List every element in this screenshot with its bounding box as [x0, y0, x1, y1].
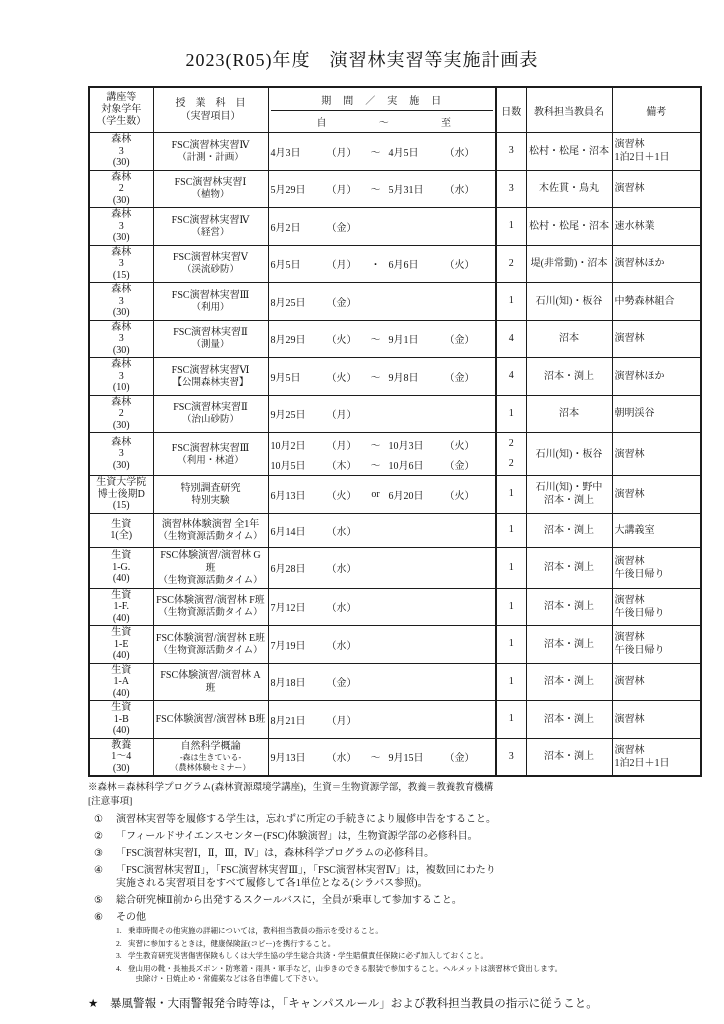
- cell-target-grade: 森林 2 (30): [89, 170, 153, 208]
- date-from: 6月28日: [271, 560, 327, 575]
- date-to-day: （金）: [445, 331, 481, 346]
- course-name: 自然科学概論: [156, 740, 266, 753]
- date-from: 10月2日: [271, 437, 327, 452]
- table-body: 森林 3 (30) FSC演習林実習Ⅳ （計測・計画） 4月3日 （月） ～ 4…: [89, 133, 701, 777]
- date-from: 10月5日: [271, 457, 327, 472]
- table-row: 生資 1-E (40) FSC体験演習/演習林 E班 （生物資源活動タイム） 7…: [89, 626, 701, 664]
- date-from-day: （月）: [327, 181, 363, 196]
- date-separator: ～: [363, 331, 389, 346]
- cell-target-grade: 生資 1(全): [89, 513, 153, 547]
- sub-note-marker: 1.: [116, 926, 128, 937]
- course-name: FSC体験演習/演習林 B班: [156, 713, 266, 726]
- cell-days: 1: [496, 476, 526, 514]
- date-line-1: 7月12日 （水）: [271, 597, 494, 617]
- cell-teachers: 沼本・渕上: [526, 588, 612, 626]
- date-to: 9月1日: [389, 331, 445, 346]
- table-row: 生資 1-G. (40) FSC体験演習/演習林 G班 （生物資源活動タイム） …: [89, 547, 701, 588]
- cell-period: 6月13日 （火） or 6月20日 （火）: [268, 476, 496, 514]
- cell-course: 特別調査研究 特別実験: [153, 476, 268, 514]
- cell-period: 8月21日 （月）: [268, 701, 496, 739]
- cell-teachers: 沼本・渕上: [526, 738, 612, 776]
- date-from-day: （水）: [327, 637, 363, 652]
- date-from: 7月19日: [271, 637, 327, 652]
- date-to: 6月20日: [389, 487, 445, 502]
- note-text: 「FSC演習林実習Ⅱ」，「FSC演習林実習Ⅲ」，「FSC演習林実習Ⅳ」は，複数回…: [116, 864, 496, 890]
- cell-period: 8月25日 （金）: [268, 283, 496, 321]
- header-remark: 備考: [612, 87, 701, 133]
- cell-target-grade: 教養 1～4 (30): [89, 738, 153, 776]
- note-text: 演習林実習等を履修する学生は，忘れずに所定の手続きにより履修申告をすること。: [116, 813, 496, 826]
- date-separator: ～: [363, 749, 389, 764]
- date-to: 5月31日: [389, 181, 445, 196]
- course-name: FSC演習林実習Ⅳ: [156, 214, 266, 227]
- date-from-day: （月）: [327, 712, 363, 727]
- cell-course: FSC演習林実習Ⅵ 【公開森林実習】: [153, 358, 268, 396]
- cell-teachers: 堤(非常勤)・沼本: [526, 245, 612, 283]
- cell-teachers: 沼本・渕上: [526, 626, 612, 664]
- caution-heading: [注意事項]: [88, 795, 648, 809]
- cell-days: 4: [496, 320, 526, 358]
- date-separator: ・: [363, 256, 389, 271]
- course-subtitle: （生物資源活動タイム）: [156, 575, 266, 587]
- date-separator: ～: [363, 457, 389, 472]
- date-from: 6月5日: [271, 256, 327, 271]
- header-period-range: 自 ～ 至: [271, 111, 494, 131]
- sub-note-item: 2. 実習に参加するときは，健康保険証(コピー)を携行すること。: [116, 939, 648, 950]
- note-marker: ①: [94, 813, 116, 826]
- cell-remark: 演習林: [612, 433, 701, 476]
- date-separator: ～: [363, 144, 389, 159]
- cell-teachers: 石川(知)・板谷: [526, 283, 612, 321]
- document-page: 2023(R05)年度 演習林実習等実施計画表 講座等 対象学年 （学生数） 授…: [0, 0, 724, 1024]
- course-subtitle: （利用）: [156, 302, 266, 314]
- sub-note-text: 実習に参加するときは，健康保険証(コピー)を携行すること。: [128, 939, 335, 950]
- date-line-1: 6月28日 （水）: [271, 558, 494, 578]
- table-row: 森林 3 (30) FSC演習林実習Ⅲ （利用） 8月25日 （金）: [89, 283, 701, 321]
- date-from: 7月12日: [271, 599, 327, 614]
- date-from-day: （月）: [327, 437, 363, 452]
- cell-target-grade: 森林 3 (30): [89, 320, 153, 358]
- cell-teachers: 沼本: [526, 395, 612, 433]
- date-to: 9月15日: [389, 749, 445, 764]
- date-from-day: （木）: [327, 457, 363, 472]
- sub-note-text: 乗車時間その他実施の詳細については，教科担当教員の指示を受けること。: [128, 926, 383, 937]
- cell-remark: 演習林 1泊2日＋1日: [612, 738, 701, 776]
- cell-remark: 演習林 午後日帰り: [612, 547, 701, 588]
- cell-days: 1: [496, 513, 526, 547]
- date-from-day: （水）: [327, 749, 363, 764]
- header-period-to: 至: [441, 114, 451, 129]
- sub-note-marker: 2.: [116, 939, 128, 950]
- cell-course: 演習林体験演習 全1年 （生物資源活動タイム）: [153, 513, 268, 547]
- date-to: 10月6日: [389, 457, 445, 472]
- cell-teachers: 沼本・渕上: [526, 358, 612, 396]
- cell-remark: 演習林 午後日帰り: [612, 588, 701, 626]
- cell-target-grade: 森林 2 (30): [89, 395, 153, 433]
- date-from-day: （火）: [327, 487, 363, 502]
- cell-remark: 演習林ほか: [612, 245, 701, 283]
- cell-remark: 演習林: [612, 320, 701, 358]
- date-to-day: （金）: [445, 457, 481, 472]
- course-subtitle: （測量）: [156, 339, 266, 351]
- course-name: FSC演習林実習Ⅵ: [156, 364, 266, 377]
- table-row: 生資 1-F. (40) FSC体験演習/演習林 F班 （生物資源活動タイム） …: [89, 588, 701, 626]
- star-icon: ★: [88, 997, 110, 1012]
- table-row: 生資 1-A (40) FSC体験演習/演習林 A班 8月18日 （金）: [89, 663, 701, 701]
- cell-teachers: 沼本・渕上: [526, 547, 612, 588]
- sub-note-text: 学生教育研究災害傷害保険もしくは大学生協の学生総合共済・学生賠償責任保険に必ず加…: [128, 951, 488, 962]
- header-period: 期 間 ／ 実 施 日 自 ～ 至: [268, 87, 496, 133]
- sub-note-item: 1. 乗車時間その他実施の詳細については，教科担当教員の指示を受けること。: [116, 926, 648, 937]
- note-marker: ⑥: [94, 911, 116, 924]
- cell-remark: 演習林 午後日帰り: [612, 626, 701, 664]
- cell-course: FSC演習林実習Ⅳ （計測・計画）: [153, 133, 268, 171]
- cell-teachers: 松村・松尾・沼本: [526, 208, 612, 246]
- note-item: ① 演習林実習等を履修する学生は，忘れずに所定の手続きにより履修申告をすること。: [94, 813, 648, 826]
- cell-days: 1: [496, 395, 526, 433]
- cell-days: 1: [496, 663, 526, 701]
- date-from-day: （月）: [327, 144, 363, 159]
- cell-course: FSC演習林実習Ⅰ （植物）: [153, 170, 268, 208]
- course-subtitle: （計測・計画）: [156, 152, 266, 164]
- date-from: 9月13日: [271, 749, 327, 764]
- date-from: 5月29日: [271, 181, 327, 196]
- cell-teachers: 沼本: [526, 320, 612, 358]
- cell-remark: 演習林ほか: [612, 358, 701, 396]
- date-line-1: 8月21日 （月）: [271, 709, 494, 729]
- date-from-day: （水）: [327, 560, 363, 575]
- cell-teachers: 沼本・渕上: [526, 513, 612, 547]
- header-course: 授 業 科 目 （実習項目）: [153, 87, 268, 133]
- date-line-1: 9月13日 （水） ～ 9月15日 （金）: [271, 747, 494, 767]
- cell-remark: 中勢森林組合: [612, 283, 701, 321]
- course-subtitle: 特別実験: [156, 495, 266, 507]
- note-item: ⑤ 総合研究棟Ⅱ前から出発するスクールバスに，全員が乗車して参加すること。: [94, 894, 648, 907]
- date-line-1: 6月14日 （水）: [271, 520, 494, 540]
- cell-target-grade: 森林 3 (30): [89, 283, 153, 321]
- header-period-tilde: ～: [379, 114, 389, 129]
- course-name: FSC演習林実習Ⅴ: [156, 251, 266, 264]
- course-subtitle: （利用・林道）: [156, 455, 266, 467]
- page-title: 2023(R05)年度 演習林実習等実施計画表: [0, 46, 724, 72]
- date-line-1: 9月25日 （月）: [271, 404, 494, 424]
- cell-remark: 演習林 1泊2日＋1日: [612, 133, 701, 171]
- course-subtitle: （生物資源活動タイム）: [156, 531, 266, 543]
- course-name: 演習林体験演習 全1年: [156, 518, 266, 531]
- cell-teachers: 木佐貫・鳥丸: [526, 170, 612, 208]
- date-to: 6月6日: [389, 256, 445, 271]
- date-from: 6月13日: [271, 487, 327, 502]
- date-from: 6月2日: [271, 219, 327, 234]
- date-from: 9月5日: [271, 369, 327, 384]
- course-subtitle: （生物資源活動タイム）: [156, 607, 266, 619]
- date-separator: ～: [363, 369, 389, 384]
- date-line-2: 10月5日 （木） ～ 10月6日 （金）: [271, 454, 494, 474]
- date-from: 8月29日: [271, 331, 327, 346]
- cell-teachers: 石川(知)・野中 沼本・渕上: [526, 476, 612, 514]
- sub-note-item: 3. 学生教育研究災害傷害保険もしくは大学生協の学生総合共済・学生賠償責任保険に…: [116, 951, 648, 962]
- note-text: 「FSC演習林実習Ⅰ，Ⅱ，Ⅲ，Ⅳ」は，森林科学プログラムの必修科目。: [116, 847, 434, 860]
- date-from-day: （月）: [327, 256, 363, 271]
- cell-remark: 演習林: [612, 663, 701, 701]
- table-row: 生資大学院 博士後期D (15) 特別調査研究 特別実験 6月13日 （火） o…: [89, 476, 701, 514]
- sub-note-text: 登山用の靴・長袖長ズボン・防寒着・雨具・軍手など，山歩きのできる服装で参加するこ…: [128, 964, 562, 985]
- course-subtitle: （経営）: [156, 227, 266, 239]
- date-from: 4月3日: [271, 144, 327, 159]
- note-item: ④ 「FSC演習林実習Ⅱ」，「FSC演習林実習Ⅲ」，「FSC演習林実習Ⅳ」は，複…: [94, 864, 648, 890]
- date-to-day: （金）: [445, 369, 481, 384]
- table-row: 森林 3 (30) FSC演習林実習Ⅲ （利用・林道） 10月2日 （月） ～ …: [89, 433, 701, 476]
- date-line-1: 6月13日 （火） or 6月20日 （火）: [271, 484, 494, 504]
- cell-period: 10月2日 （月） ～ 10月3日 （火） 10月5日 （木） ～ 10月6日 …: [268, 433, 496, 476]
- note-marker: ②: [94, 830, 116, 843]
- date-line-1: 6月5日 （月） ・ 6月6日 （火）: [271, 254, 494, 274]
- cell-course: FSC演習林実習Ⅱ （測量）: [153, 320, 268, 358]
- cell-target-grade: 森林 3 (30): [89, 208, 153, 246]
- note-text: その他: [116, 911, 146, 924]
- date-separator: ～: [363, 181, 389, 196]
- header-period-title: 期 間 ／ 実 施 日: [271, 89, 494, 111]
- cell-teachers: 松村・松尾・沼本: [526, 133, 612, 171]
- cell-period: 6月14日 （水）: [268, 513, 496, 547]
- cell-target-grade: 生資 1-E (40): [89, 626, 153, 664]
- table-row: 森林 2 (30) FSC演習林実習Ⅱ （治山砂防） 9月25日 （月）: [89, 395, 701, 433]
- date-from-day: （月）: [327, 406, 363, 421]
- header-target-grade: 講座等 対象学年 （学生数）: [89, 87, 153, 133]
- date-from: 8月18日: [271, 674, 327, 689]
- table-row: 森林 3 (10) FSC演習林実習Ⅵ 【公開森林実習】 9月5日 （火） ～ …: [89, 358, 701, 396]
- cell-course: FSC演習林実習Ⅲ （利用・林道）: [153, 433, 268, 476]
- sub-note-marker: 4.: [116, 964, 128, 985]
- cell-period: 6月28日 （水）: [268, 547, 496, 588]
- date-line-1: 9月5日 （火） ～ 9月8日 （金）: [271, 366, 494, 386]
- cell-days: 3: [496, 133, 526, 171]
- course-subtitle: （植物）: [156, 189, 266, 201]
- note-item: ⑥ その他: [94, 911, 648, 924]
- schedule-table: 講座等 対象学年 （学生数） 授 業 科 目 （実習項目） 期 間 ／ 実 施 …: [88, 86, 702, 777]
- cell-days: 2: [496, 245, 526, 283]
- other-sub-notes: 1. 乗車時間その他実施の詳細については，教科担当教員の指示を受けること。 2.…: [116, 926, 648, 985]
- header-teachers: 教科担当教員名: [526, 87, 612, 133]
- cell-target-grade: 森林 3 (30): [89, 433, 153, 476]
- course-subtitle: （渓流砂防）: [156, 264, 266, 276]
- cell-course: FSC演習林実習Ⅲ （利用）: [153, 283, 268, 321]
- table-row: 生資 1(全) 演習林体験演習 全1年 （生物資源活動タイム） 6月14日 （水…: [89, 513, 701, 547]
- table-row: 教養 1～4 (30) 自然科学概論 -森は生きている- （農林体験セミナー） …: [89, 738, 701, 776]
- course-name: FSC演習林実習Ⅱ: [156, 326, 266, 339]
- cell-days: 1: [496, 588, 526, 626]
- cell-target-grade: 森林 3 (10): [89, 358, 153, 396]
- date-to-day: （水）: [445, 144, 481, 159]
- cell-course: FSC体験演習/演習林 B班: [153, 701, 268, 739]
- cell-period: 6月5日 （月） ・ 6月6日 （火）: [268, 245, 496, 283]
- warning-text: 暴風警報・大雨警報発令時等は，「キャンパスルール」および教科担当教員の指示に従う…: [110, 997, 598, 1012]
- table-row: 森林 3 (30) FSC演習林実習Ⅳ （経営） 6月2日 （金）: [89, 208, 701, 246]
- course-name: FSC体験演習/演習林 E班: [156, 632, 266, 645]
- date-separator: or: [363, 489, 389, 500]
- note-marker: ⑤: [94, 894, 116, 907]
- date-line-1: 8月18日 （金）: [271, 672, 494, 692]
- cell-target-grade: 生資 1-F. (40): [89, 588, 153, 626]
- course-name: FSC演習林実習Ⅱ: [156, 401, 266, 414]
- table-row: 森林 3 (30) FSC演習林実習Ⅳ （計測・計画） 4月3日 （月） ～ 4…: [89, 133, 701, 171]
- table-row: 森林 3 (15) FSC演習林実習Ⅴ （渓流砂防） 6月5日 （月） ・ 6月…: [89, 245, 701, 283]
- cell-target-grade: 森林 3 (15): [89, 245, 153, 283]
- cell-target-grade: 生資 1-G. (40): [89, 547, 153, 588]
- cell-days: 1: [496, 626, 526, 664]
- cell-remark: 演習林: [612, 170, 701, 208]
- date-from-day: （火）: [327, 331, 363, 346]
- cell-period: 9月13日 （水） ～ 9月15日 （金）: [268, 738, 496, 776]
- cell-days: 1: [496, 208, 526, 246]
- cell-period: 7月19日 （水）: [268, 626, 496, 664]
- cell-target-grade: 生資 1-B (40): [89, 701, 153, 739]
- cell-course: FSC体験演習/演習林 A班: [153, 663, 268, 701]
- date-from-day: （水）: [327, 523, 363, 538]
- date-from: 8月21日: [271, 712, 327, 727]
- cell-target-grade: 生資大学院 博士後期D (15): [89, 476, 153, 514]
- cell-period: 9月5日 （火） ～ 9月8日 （金）: [268, 358, 496, 396]
- note-item: ② 「フィールドサイエンスセンター(FSC)体験演習」は，生物資源学部の必修科目…: [94, 830, 648, 843]
- header-days: 日数: [496, 87, 526, 133]
- cell-period: 8月29日 （火） ～ 9月1日 （金）: [268, 320, 496, 358]
- date-from-day: （金）: [327, 674, 363, 689]
- cell-course: FSC演習林実習Ⅳ （経営）: [153, 208, 268, 246]
- course-subtitle: （治山砂防）: [156, 414, 266, 426]
- cell-days: 1: [496, 283, 526, 321]
- cell-days: 3: [496, 738, 526, 776]
- date-from-day: （火）: [327, 369, 363, 384]
- cell-period: 4月3日 （月） ～ 4月5日 （水）: [268, 133, 496, 171]
- date-to-day: （火）: [445, 437, 481, 452]
- table-row: 森林 3 (30) FSC演習林実習Ⅱ （測量） 8月29日 （火） ～ 9月1…: [89, 320, 701, 358]
- date-to-day: （火）: [445, 487, 481, 502]
- table-header: 講座等 対象学年 （学生数） 授 業 科 目 （実習項目） 期 間 ／ 実 施 …: [89, 87, 701, 133]
- note-item: ③ 「FSC演習林実習Ⅰ，Ⅱ，Ⅲ，Ⅳ」は，森林科学プログラムの必修科目。: [94, 847, 648, 860]
- cell-course: FSC体験演習/演習林 E班 （生物資源活動タイム）: [153, 626, 268, 664]
- date-to-day: （水）: [445, 181, 481, 196]
- cell-teachers: 石川(知)・板谷: [526, 433, 612, 476]
- course-note-small: -森は生きている- （農林体験セミナー）: [156, 753, 266, 773]
- cell-period: 8月18日 （金）: [268, 663, 496, 701]
- cell-period: 6月2日 （金）: [268, 208, 496, 246]
- date-line-1: 5月29日 （月） ～ 5月31日 （水）: [271, 179, 494, 199]
- date-from: 6月14日: [271, 523, 327, 538]
- course-name: FSC演習林実習Ⅰ: [156, 176, 266, 189]
- course-name: FSC演習林実習Ⅲ: [156, 289, 266, 302]
- date-from-day: （金）: [327, 219, 363, 234]
- cell-course: 自然科学概論 -森は生きている- （農林体験セミナー）: [153, 738, 268, 776]
- table-row: 生資 1-B (40) FSC体験演習/演習林 B班 8月21日 （月）: [89, 701, 701, 739]
- date-to: 9月8日: [389, 369, 445, 384]
- date-line-1: 7月19日 （水）: [271, 634, 494, 654]
- note-marker: ③: [94, 847, 116, 860]
- cell-days: 4: [496, 358, 526, 396]
- date-separator: ～: [363, 437, 389, 452]
- date-from-day: （金）: [327, 294, 363, 309]
- cell-course: FSC演習林実習Ⅴ （渓流砂防）: [153, 245, 268, 283]
- date-from: 9月25日: [271, 406, 327, 421]
- date-line-1: 10月2日 （月） ～ 10月3日 （火）: [271, 434, 494, 454]
- cell-remark: 演習林: [612, 476, 701, 514]
- date-to: 10月3日: [389, 437, 445, 452]
- date-line-1: 8月25日 （金）: [271, 291, 494, 311]
- note-text: 「フィールドサイエンスセンター(FSC)体験演習」は，生物資源学部の必修科目。: [116, 830, 478, 843]
- cell-days: 2 2: [496, 433, 526, 476]
- cell-remark: 演習林: [612, 701, 701, 739]
- cell-days: 1: [496, 547, 526, 588]
- cell-course: FSC体験演習/演習林 G班 （生物資源活動タイム）: [153, 547, 268, 588]
- date-line-1: 4月3日 （月） ～ 4月5日 （水）: [271, 141, 494, 161]
- course-name: FSC体験演習/演習林 G班: [156, 549, 266, 575]
- warning-line: ★ 暴風警報・大雨警報発令時等は，「キャンパスルール」および教科担当教員の指示に…: [88, 997, 648, 1012]
- cell-course: FSC演習林実習Ⅱ （治山砂防）: [153, 395, 268, 433]
- course-name: FSC演習林実習Ⅳ: [156, 139, 266, 152]
- cell-target-grade: 生資 1-A (40): [89, 663, 153, 701]
- date-from-day: （水）: [327, 599, 363, 614]
- cell-teachers: 沼本・渕上: [526, 701, 612, 739]
- note-marker: ④: [94, 864, 116, 890]
- sub-note-marker: 3.: [116, 951, 128, 962]
- cell-period: 9月25日 （月）: [268, 395, 496, 433]
- course-name: FSC演習林実習Ⅲ: [156, 442, 266, 455]
- course-name: FSC体験演習/演習林 F班: [156, 594, 266, 607]
- cell-remark: 速水林業: [612, 208, 701, 246]
- date-to-day: （火）: [445, 256, 481, 271]
- cell-remark: 大講義室: [612, 513, 701, 547]
- cell-days: 1: [496, 701, 526, 739]
- date-to-day: （金）: [445, 749, 481, 764]
- date-from: 8月25日: [271, 294, 327, 309]
- footnotes-section: ※森林＝森林科学プログラム(森林資源環境学講座)，生資＝生物資源学部，教養＝教養…: [88, 782, 648, 1012]
- date-to: 4月5日: [389, 144, 445, 159]
- cell-teachers: 沼本・渕上: [526, 663, 612, 701]
- cell-period: 7月12日 （水）: [268, 588, 496, 626]
- course-subtitle: （生物資源活動タイム）: [156, 645, 266, 657]
- header-period-from: 自: [317, 114, 327, 129]
- table-row: 森林 2 (30) FSC演習林実習Ⅰ （植物） 5月29日 （月） ～ 5月3…: [89, 170, 701, 208]
- date-line-1: 6月2日 （金）: [271, 216, 494, 236]
- cell-days: 3: [496, 170, 526, 208]
- cell-period: 5月29日 （月） ～ 5月31日 （水）: [268, 170, 496, 208]
- cell-target-grade: 森林 3 (30): [89, 133, 153, 171]
- course-subtitle: 【公開森林実習】: [156, 377, 266, 389]
- cell-course: FSC体験演習/演習林 F班 （生物資源活動タイム）: [153, 588, 268, 626]
- legend-note: ※森林＝森林科学プログラム(森林資源環境学講座)，生資＝生物資源学部，教養＝教養…: [88, 782, 648, 795]
- cell-remark: 朝明渓谷: [612, 395, 701, 433]
- course-name: FSC体験演習/演習林 A班: [156, 669, 266, 695]
- note-text: 総合研究棟Ⅱ前から出発するスクールバスに，全員が乗車して参加すること。: [116, 894, 462, 907]
- course-name: 特別調査研究: [156, 482, 266, 495]
- date-line-1: 8月29日 （火） ～ 9月1日 （金）: [271, 329, 494, 349]
- sub-note-item: 4. 登山用の靴・長袖長ズボン・防寒着・雨具・軍手など，山歩きのできる服装で参加…: [116, 964, 648, 985]
